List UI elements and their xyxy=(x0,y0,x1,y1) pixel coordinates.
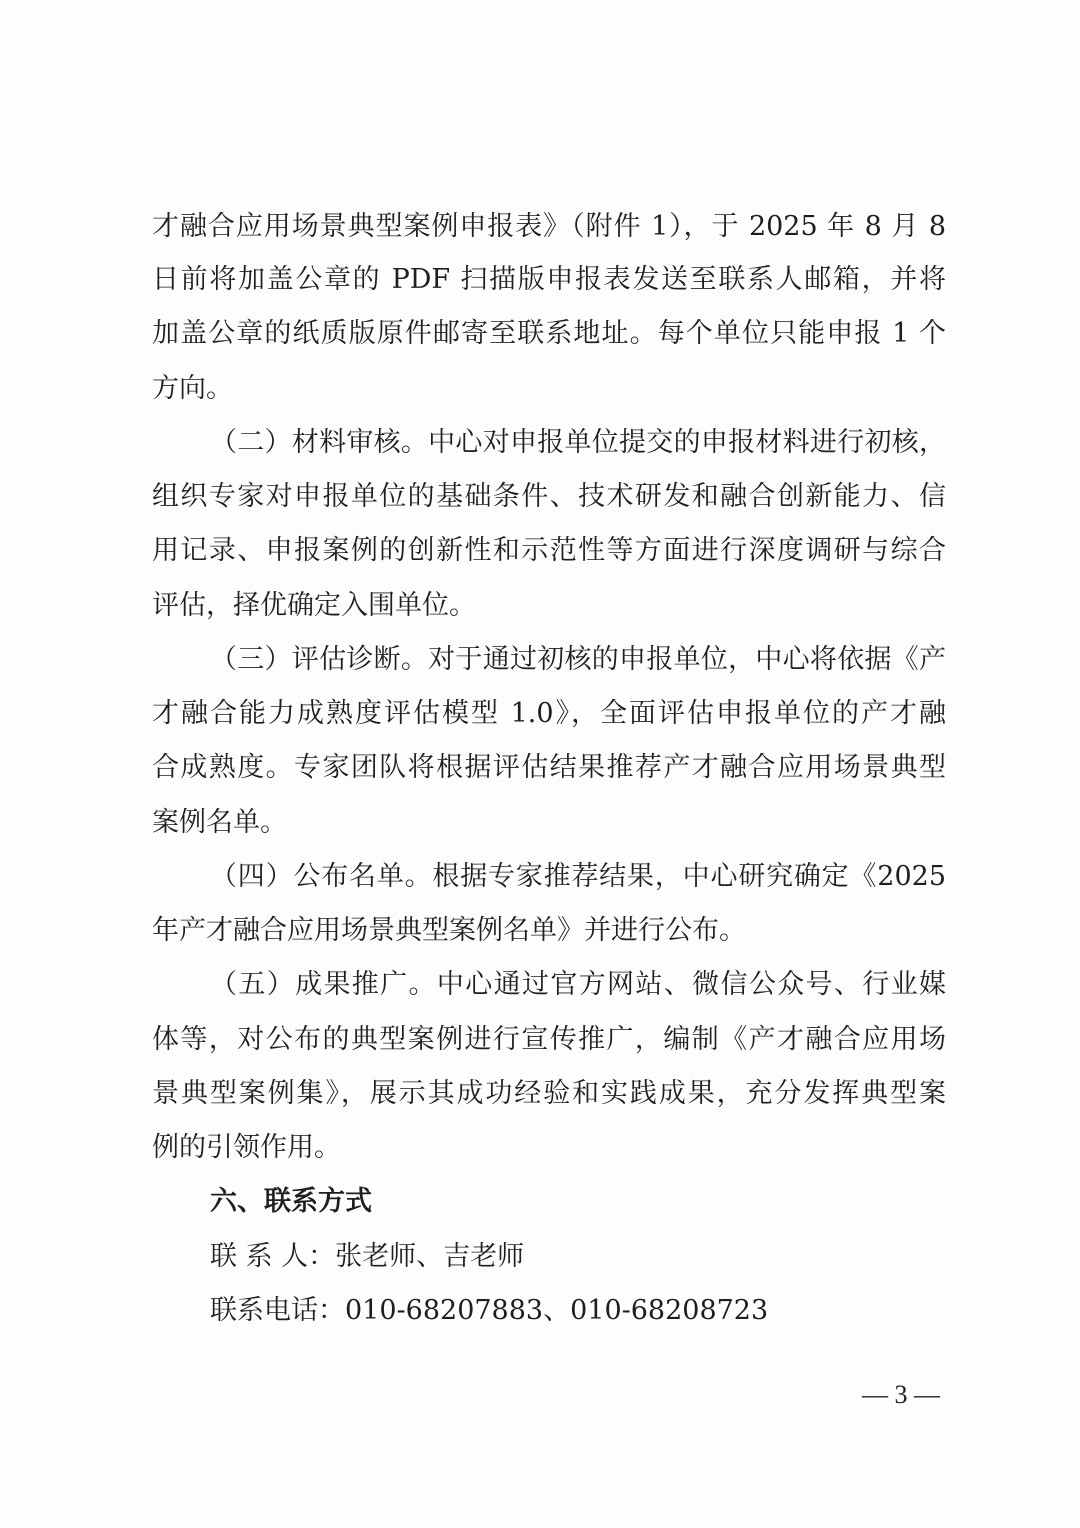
section-assessment-line: 案例名单。 xyxy=(152,806,946,840)
contact-phone-row: 联系电话：010-68207883、010-68208723 xyxy=(210,1294,768,1328)
section-assessment-line: 才融合能力成熟度评估模型 1.0》，全面评估申报单位的产才融 xyxy=(152,697,946,731)
section-promotion-line: 例的引领作用。 xyxy=(152,1131,946,1165)
paragraph-line: 加盖公章的纸质版原件邮寄至联系地址。每个单位只能申报 1 个 xyxy=(152,317,946,351)
page-number: — 3 — xyxy=(862,1378,940,1412)
section-assessment-line: （三）评估诊断。对于通过初核的申报单位，中心将依据《产 xyxy=(210,643,946,677)
section-assessment-line: 合成熟度。专家团队将根据评估结果推荐产才融合应用场景典型 xyxy=(152,751,946,785)
paragraph-line: 才融合应用场景典型案例申报表》（附件 1），于 2025 年 8 月 8 xyxy=(152,210,946,244)
section-promotion-line: 景典型案例集》，展示其成功经验和实践成果，充分发挥典型案 xyxy=(152,1077,946,1111)
contact-section-heading: 六、联系方式 xyxy=(210,1185,372,1219)
section-material-review-line: 用记录、申报案例的创新性和示范性等方面进行深度调研与综合 xyxy=(152,534,946,568)
section-promotion-line: （五）成果推广。中心通过官方网站、微信公众号、行业媒 xyxy=(210,968,946,1002)
contact-person-row: 联 系 人：张老师、吉老师 xyxy=(210,1240,524,1274)
phone-label: 联系电话： xyxy=(210,1295,345,1326)
contact-person-value: 张老师、吉老师 xyxy=(335,1241,524,1272)
contact-person-label: 联 系 人： xyxy=(210,1241,335,1272)
section-publish-list-line: （四）公布名单。根据专家推荐结果，中心研究确定《2025 xyxy=(210,860,946,894)
phone-value: 010-68207883、010-68208723 xyxy=(345,1295,768,1326)
document-page: 才融合应用场景典型案例申报表》（附件 1），于 2025 年 8 月 8 日前将… xyxy=(0,0,1080,1528)
paragraph-line: 日前将加盖公章的 PDF 扫描版申报表发送至联系人邮箱，并将 xyxy=(152,263,946,297)
section-promotion-line: 体等，对公布的典型案例进行宣传推广，编制《产才融合应用场 xyxy=(152,1023,946,1057)
section-material-review-line: 评估，择优确定入围单位。 xyxy=(152,589,946,623)
paragraph-line: 方向。 xyxy=(152,372,946,406)
section-material-review-line: 组织专家对申报单位的基础条件、技术研发和融合创新能力、信 xyxy=(152,480,946,514)
section-publish-list-line: 年产才融合应用场景典型案例名单》并进行公布。 xyxy=(152,914,946,948)
section-material-review-line: （二）材料审核。中心对申报单位提交的申报材料进行初核， xyxy=(210,426,946,460)
